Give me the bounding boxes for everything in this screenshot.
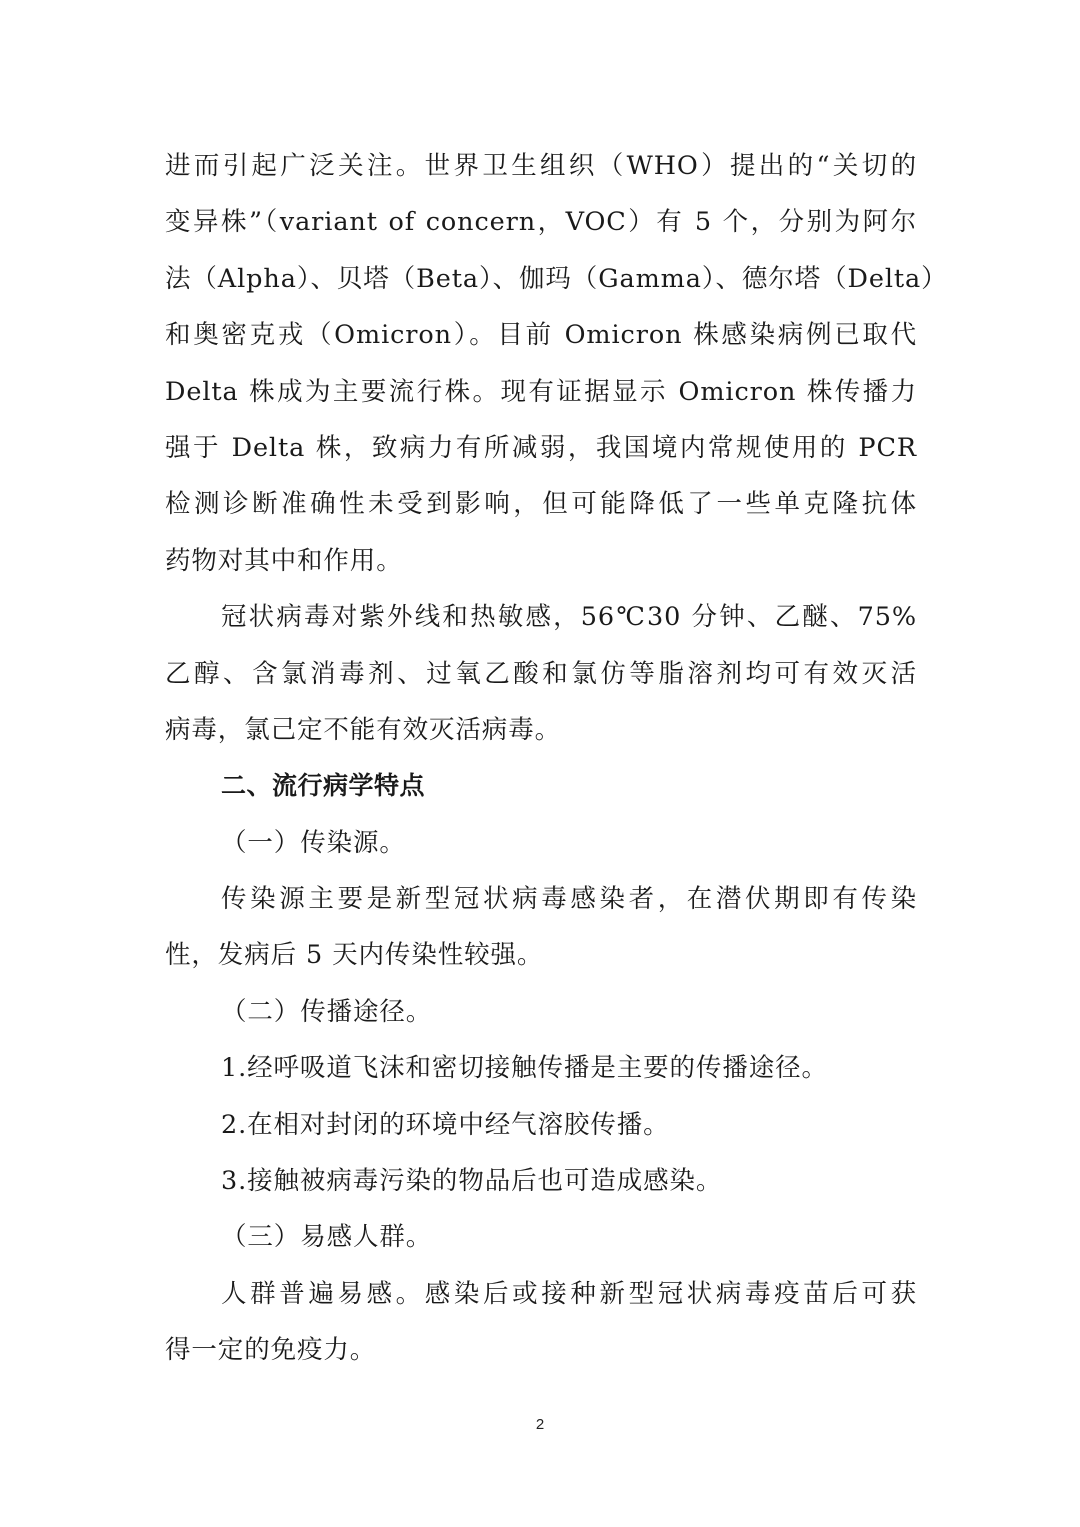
paragraph-inactivation: 冠状病毒对紫外线和热敏感，56℃30 分钟、乙醚、75% 乙醇、含氯消毒剂、过氧… xyxy=(165,589,917,758)
text-line: 冠状病毒对紫外线和热敏感，56℃30 分钟、乙醚、75% xyxy=(165,589,917,645)
paragraph-source: 传染源主要是新型冠状病毒感染者，在潜伏期即有传染 性，发病后 5 天内传染性较强… xyxy=(165,871,917,984)
text-line: 药物对其中和作用。 xyxy=(165,533,917,589)
text-line: 性，发病后 5 天内传染性较强。 xyxy=(165,927,917,983)
subsection-heading-susceptible: （三）易感人群。 xyxy=(165,1209,917,1265)
text-line: 法（Alpha）、贝塔（Beta）、伽玛（Gamma）、德尔塔（Delta） xyxy=(165,251,917,307)
transmission-list: 1.经呼吸道飞沫和密切接触传播是主要的传播途径。 2.在相对封闭的环境中经气溶胶… xyxy=(165,1040,917,1209)
paragraph-variants: 进而引起广泛关注。世界卫生组织（WHO）提出的“关切的 变异株”（variant… xyxy=(165,138,917,589)
text-line: Delta 株成为主要流行株。现有证据显示 Omicron 株传播力 xyxy=(165,364,917,420)
paragraph-susceptible: 人群普遍易感。感染后或接种新型冠状病毒疫苗后可获 得一定的免疫力。 xyxy=(165,1266,917,1379)
document-page: 进而引起广泛关注。世界卫生组织（WHO）提出的“关切的 变异株”（variant… xyxy=(165,138,917,1379)
text-line: 传染源主要是新型冠状病毒感染者，在潜伏期即有传染 xyxy=(165,871,917,927)
subsection-heading-source: （一）传染源。 xyxy=(165,815,917,871)
subsection-heading-transmission: （二）传播途径。 xyxy=(165,984,917,1040)
text-line: 进而引起广泛关注。世界卫生组织（WHO）提出的“关切的 xyxy=(165,138,917,194)
text-line: 乙醇、含氯消毒剂、过氧乙酸和氯仿等脂溶剂均可有效灭活 xyxy=(165,646,917,702)
page-number: 2 xyxy=(0,1416,1080,1433)
list-item: 3.接触被病毒污染的物品后也可造成感染。 xyxy=(165,1153,917,1209)
text-line: 强于 Delta 株，致病力有所减弱，我国境内常规使用的 PCR xyxy=(165,420,917,476)
list-item: 2.在相对封闭的环境中经气溶胶传播。 xyxy=(165,1097,917,1153)
text-line: 得一定的免疫力。 xyxy=(165,1322,917,1378)
text-line: 变异株”（variant of concern，VOC）有 5 个，分别为阿尔 xyxy=(165,194,917,250)
text-line: 和奥密克戎（Omicron）。目前 Omicron 株感染病例已取代 xyxy=(165,307,917,363)
text-line: 人群普遍易感。感染后或接种新型冠状病毒疫苗后可获 xyxy=(165,1266,917,1322)
text-line: 检测诊断准确性未受到影响，但可能降低了一些单克隆抗体 xyxy=(165,476,917,532)
section-heading: 二、流行病学特点 xyxy=(165,758,917,814)
text-line: 病毒，氯己定不能有效灭活病毒。 xyxy=(165,702,917,758)
list-item: 1.经呼吸道飞沫和密切接触传播是主要的传播途径。 xyxy=(165,1040,917,1096)
